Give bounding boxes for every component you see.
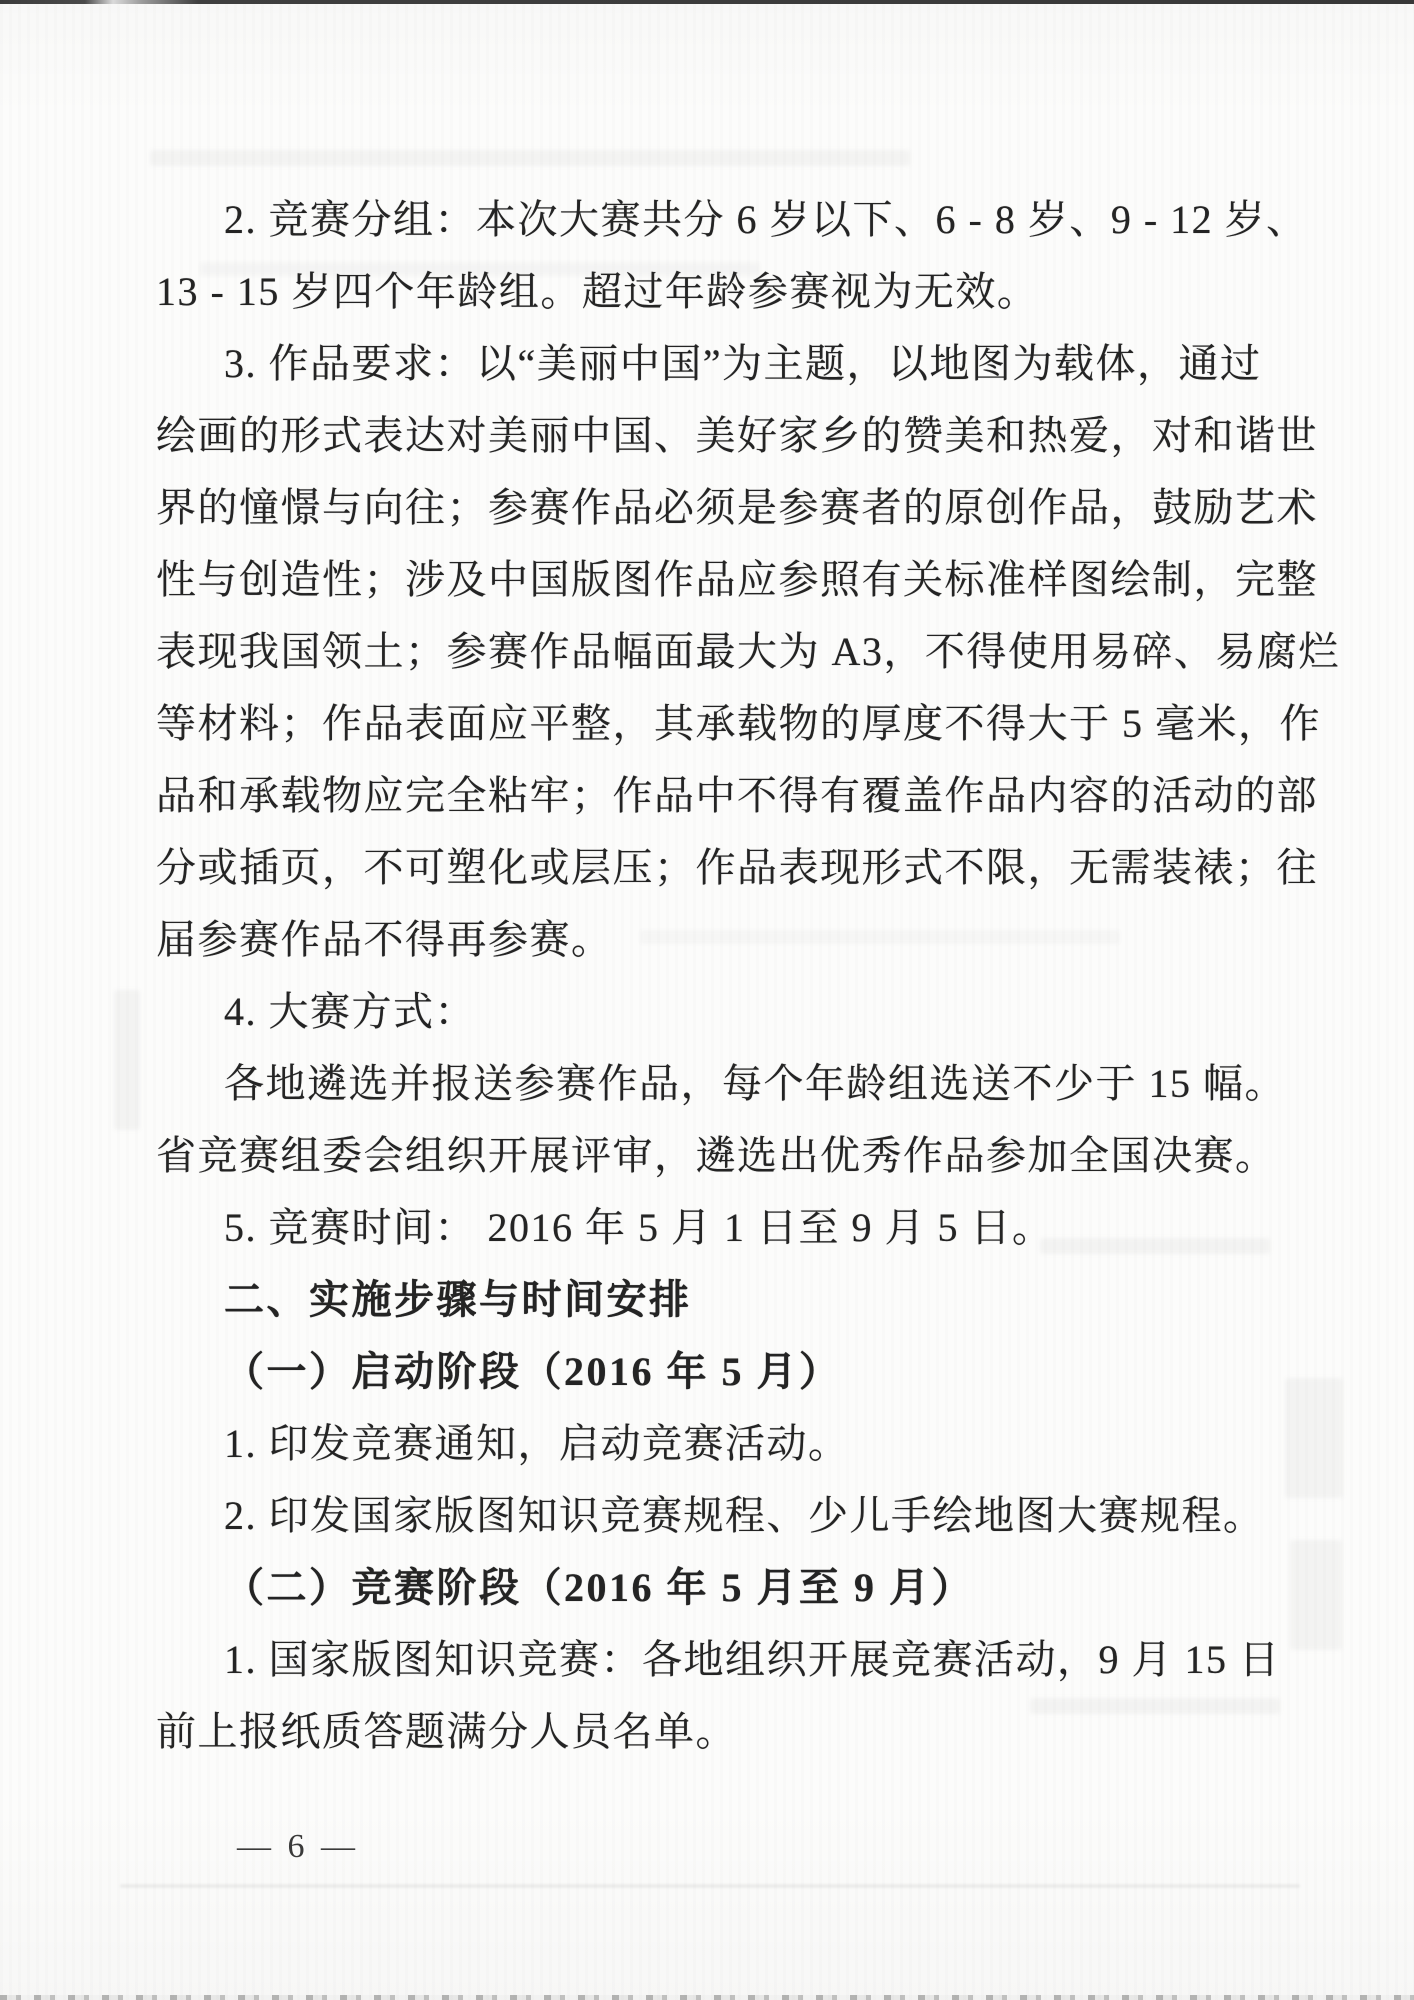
section-heading: （二）竞赛阶段（2016 年 5 月至 9 月）: [156, 1552, 1276, 1624]
section-heading: （一）启动阶段（2016 年 5 月）: [156, 1336, 1276, 1408]
bleedthrough-smudge: [120, 1884, 1300, 1888]
doc-line: 分或插页，不可塑化或层压；作品表现形式不限，无需装裱；往: [156, 832, 1276, 904]
doc-line: 绘画的形式表达对美丽中国、美好家乡的赞美和热爱，对和谐世: [156, 400, 1276, 472]
doc-line: 界的憧憬与向往；参赛作品必须是参赛者的原创作品，鼓励艺术: [156, 472, 1276, 544]
doc-line: 届参赛作品不得再参赛。: [156, 904, 1276, 976]
doc-line: 等材料；作品表面应平整，其承载物的厚度不得大于 5 毫米，作: [156, 688, 1276, 760]
scan-bottom-edge-artifact: [0, 1995, 1414, 2000]
doc-line: 性与创造性；涉及中国版图作品应参照有关标准样图绘制，完整: [156, 544, 1276, 616]
doc-line: 1. 印发竞赛通知，启动竞赛活动。: [156, 1408, 1276, 1480]
doc-line: 2. 竞赛分组：本次大赛共分 6 岁以下、6 - 8 岁、9 - 12 岁、: [156, 184, 1276, 256]
doc-line: 1. 国家版图知识竞赛：各地组织开展竞赛活动，9 月 15 日: [156, 1624, 1276, 1696]
doc-line: 前上报纸质答题满分人员名单。: [156, 1696, 1276, 1768]
doc-line: 表现我国领土；参赛作品幅面最大为 A3，不得使用易碎、易腐烂: [156, 616, 1276, 688]
bleedthrough-smudge: [1285, 1378, 1343, 1498]
doc-line: 省竞赛组委会组织开展评审，遴选出优秀作品参加全国决赛。: [156, 1120, 1276, 1192]
scan-top-edge-artifact: [0, 0, 1414, 4]
document-page: 2. 竞赛分组：本次大赛共分 6 岁以下、6 - 8 岁、9 - 12 岁、 1…: [0, 0, 1414, 2000]
document-body: 2. 竞赛分组：本次大赛共分 6 岁以下、6 - 8 岁、9 - 12 岁、 1…: [156, 184, 1276, 1768]
doc-line: 3. 作品要求：以“美丽中国”为主题，以地图为载体，通过: [156, 328, 1276, 400]
bleedthrough-smudge: [150, 150, 910, 166]
doc-line: 5. 竞赛时间： 2016 年 5 月 1 日至 9 月 5 日。: [156, 1192, 1276, 1264]
doc-line: 2. 印发国家版图知识竞赛规程、少儿手绘地图大赛规程。: [156, 1480, 1276, 1552]
page-number: — 6 —: [228, 1828, 368, 1866]
doc-line: 品和承载物应完全粘牢；作品中不得有覆盖作品内容的活动的部: [156, 760, 1276, 832]
section-heading: 二、实施步骤与时间安排: [156, 1264, 1276, 1336]
doc-line: 各地遴选并报送参赛作品，每个年龄组选送不少于 15 幅。: [156, 1048, 1276, 1120]
bleedthrough-smudge: [1290, 1540, 1342, 1650]
doc-line: 13 - 15 岁四个年龄组。超过年龄参赛视为无效。: [156, 256, 1276, 328]
bleedthrough-smudge: [114, 990, 140, 1130]
doc-line: 4. 大赛方式：: [156, 976, 1276, 1048]
